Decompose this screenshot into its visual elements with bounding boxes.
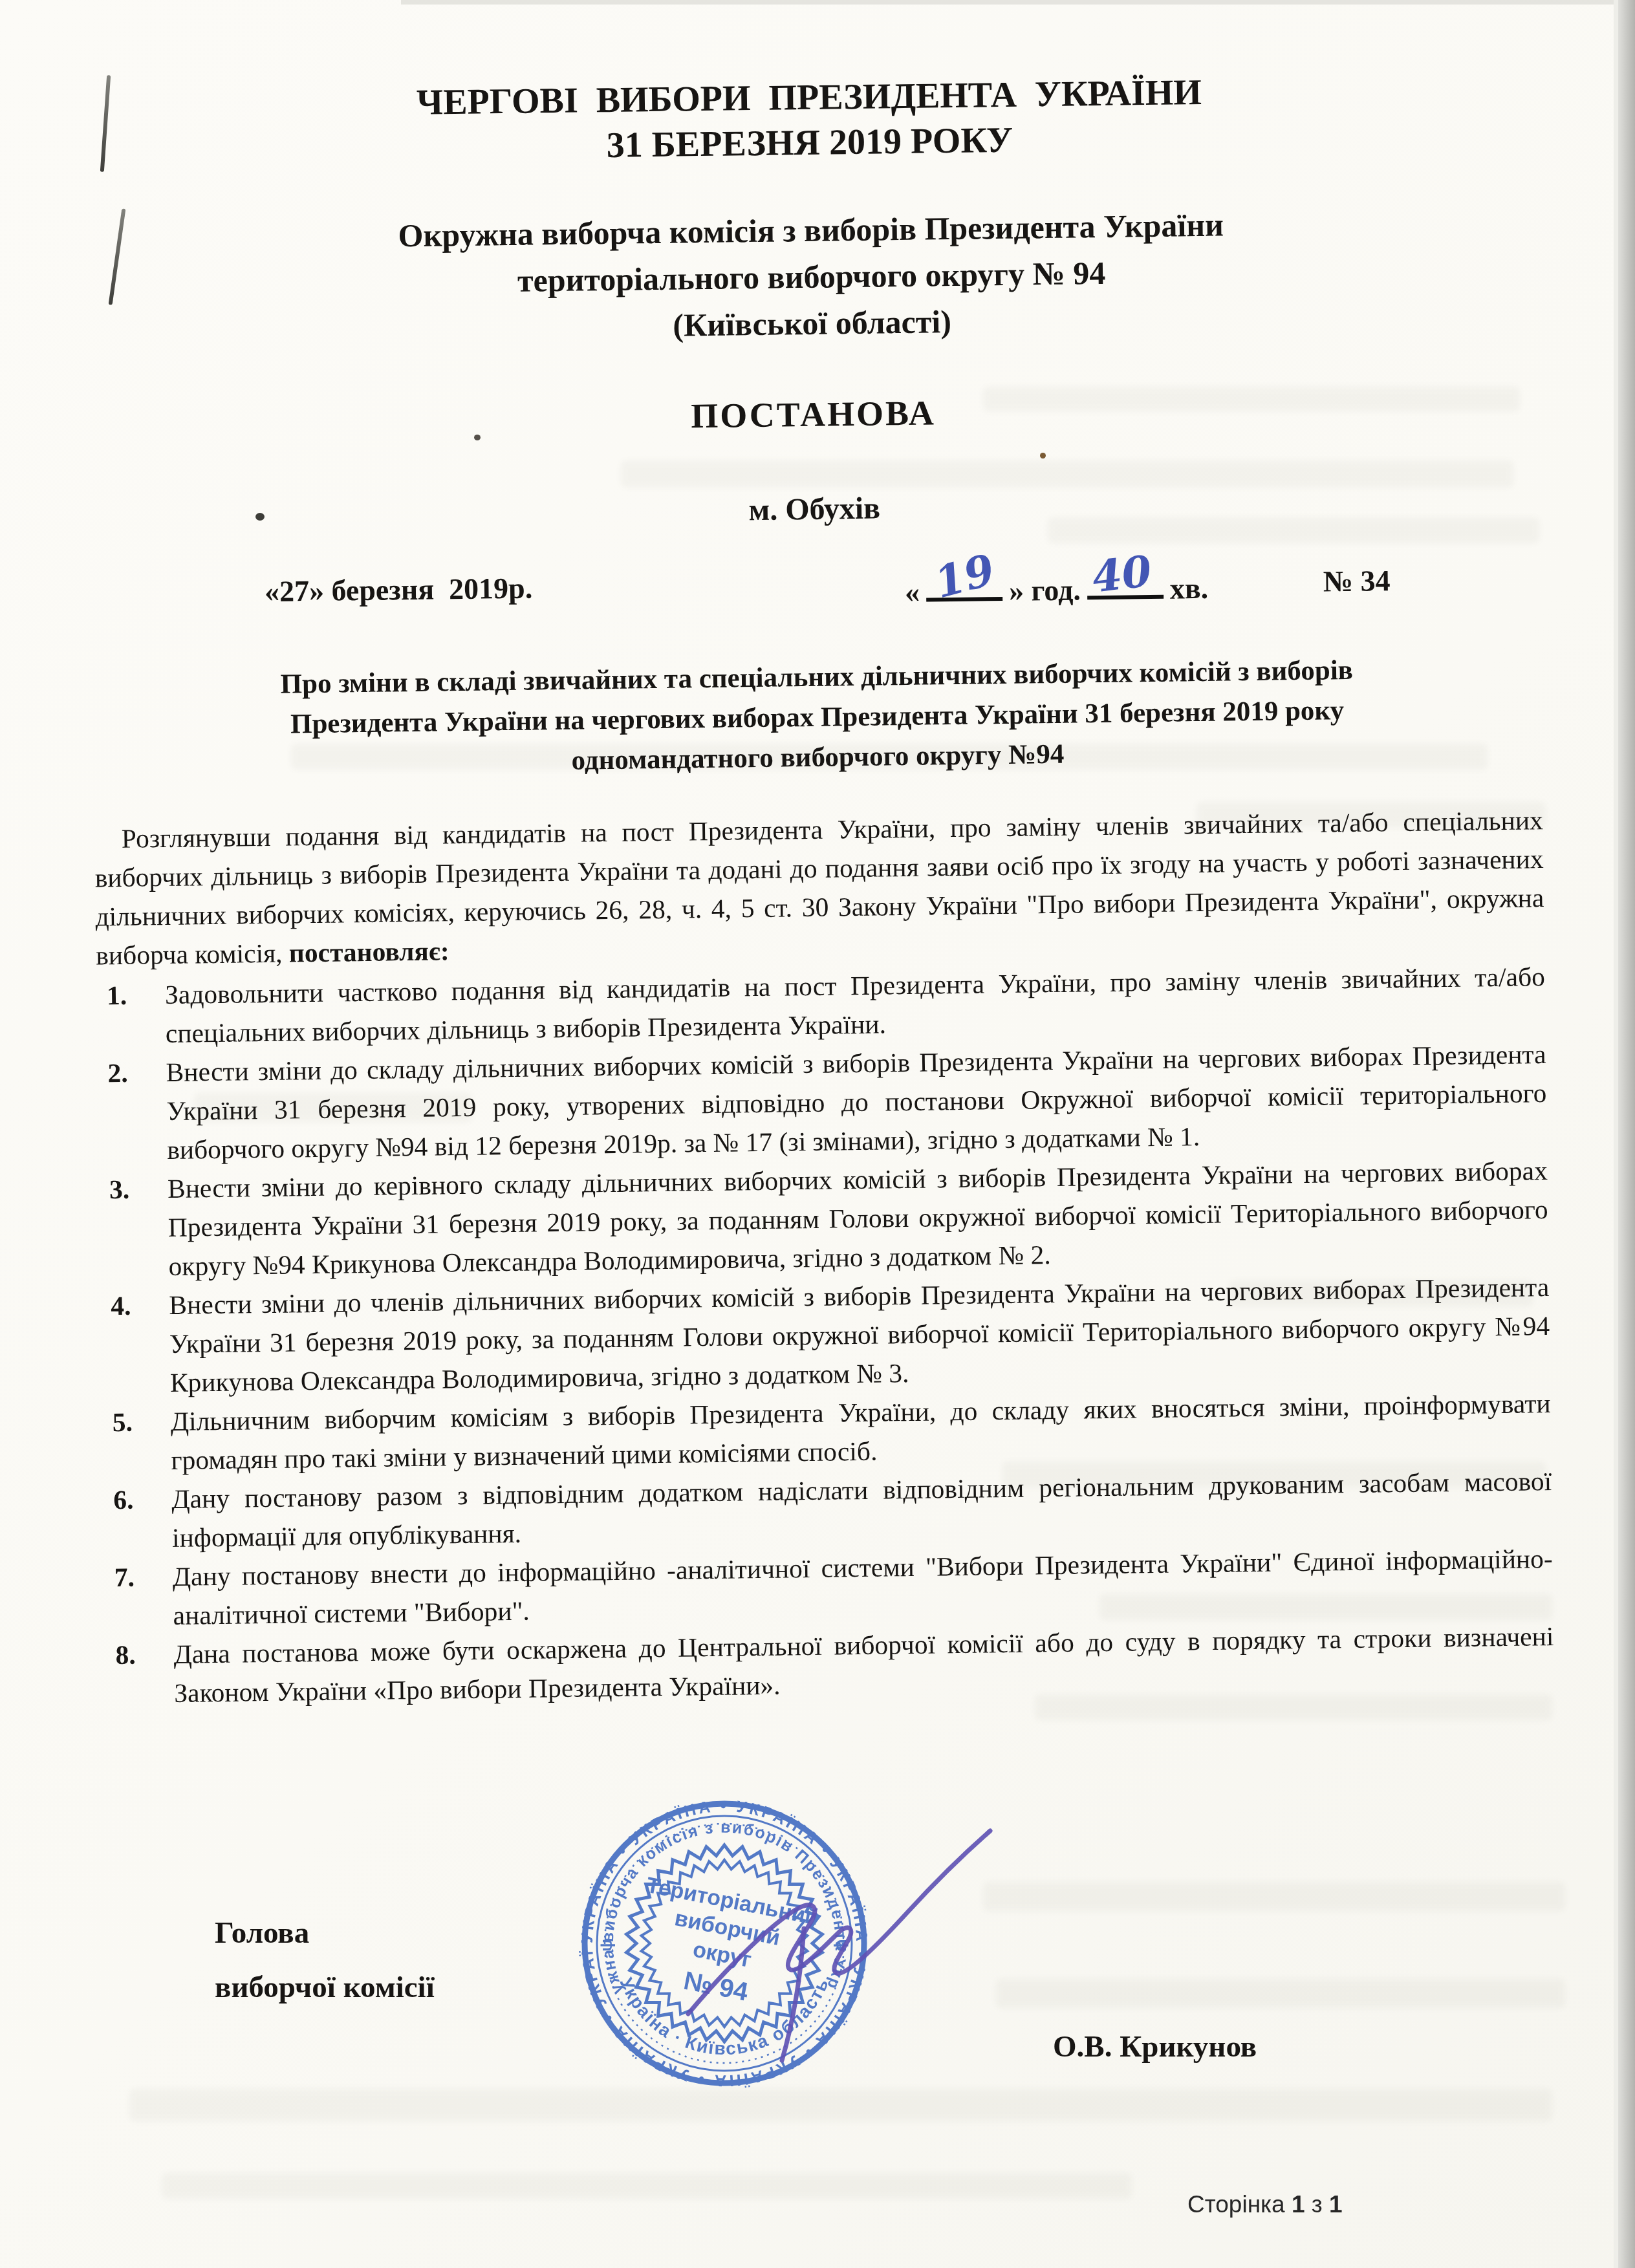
signer-title-line-1: Голова [215, 1916, 309, 1950]
bleed-through-artifact [996, 1979, 1565, 2008]
intro-paragraph: Розглянувши подання від кандидатів на по… [94, 801, 1545, 975]
scan-edge-right [1618, 0, 1635, 2268]
item-number: 2. [107, 1053, 128, 1092]
document-type: ПОСТАНОВА [89, 385, 1538, 444]
subject-block: Про зміни в складі звичайних та спеціаль… [92, 648, 1542, 787]
resolution-item: 2. Внести зміни до складу дільничних виб… [97, 1035, 1547, 1170]
minute-label: хв. [1169, 572, 1208, 605]
resolution-item: 3. Внести зміни до керівного складу діль… [99, 1151, 1549, 1286]
item-text: Дільничним виборчим комісіям з виборів П… [170, 1388, 1550, 1475]
scanned-page: ЧЕРГОВІ ВИБОРИ ПРЕЗИДЕНТА УКРАЇНИ 31 БЕР… [0, 0, 1635, 2268]
footer-page-separator: з [1312, 2191, 1323, 2218]
footer-page-label: Сторінка [1187, 2191, 1285, 2218]
bleed-through-artifact [162, 2173, 1132, 2199]
minute-blank-line: 40 [1087, 563, 1164, 600]
footer-page-total: 1 [1329, 2191, 1343, 2218]
intro-emphasis: постановляє: [289, 936, 449, 967]
handwritten-minute: 40 [1090, 549, 1154, 598]
item-number: 5. [112, 1403, 133, 1442]
item-number: 6. [113, 1480, 134, 1519]
trident-icon: ψ [596, 1939, 616, 1952]
hour-blank-line: 19 [926, 565, 1003, 602]
item-text: Внести зміни до керівного складу дільнич… [168, 1156, 1548, 1281]
signer-title-line-2: виборчої комісії [215, 1970, 435, 2005]
item-text: Дану постанову внести до інформаційно -а… [173, 1544, 1553, 1630]
item-number: 4. [111, 1286, 131, 1325]
item-text: Внести зміни до складу дільничних виборч… [166, 1039, 1546, 1165]
resolution-item: 4. Внести зміни до членів дільничних виб… [100, 1268, 1550, 1403]
document-number: № 34 [1323, 563, 1391, 598]
item-number: 1. [107, 976, 127, 1015]
signer-name: О.В. Крикунов [1053, 2029, 1257, 2064]
document-time: «19» год.40хв. [905, 562, 1209, 609]
item-number: 7. [114, 1558, 135, 1597]
open-quote: « [905, 576, 920, 609]
document-date: «27» березня 2019р. [265, 571, 533, 609]
handwritten-hour: 19 [931, 548, 999, 604]
stamp-graphic: УКРАЇНА • УКРАЇНА • УКРАЇНА • УКРАЇНА • … [550, 1778, 871, 2090]
item-text: Задовольнити частково подання від кандид… [165, 962, 1545, 1048]
date-number-row: «27» березня 2019р. «19» год.40хв. № 34 [91, 557, 1541, 649]
stamp-center-line-4: № 94 [682, 1967, 751, 2007]
document-place: м. Обухів [90, 482, 1539, 536]
page-footer: Сторінка 1 з 1 [1187, 2191, 1343, 2218]
official-stamp: УКРАЇНА • УКРАЇНА • УКРАЇНА • УКРАЇНА • … [550, 1778, 1002, 2128]
item-text: Внести зміни до членів дільничних виборч… [169, 1272, 1550, 1398]
item-text: Дану постанову разом з відповідним додат… [171, 1466, 1552, 1553]
hour-label: » год. [1009, 573, 1081, 607]
resolution-items: 1. Задовольнити частково подання від кан… [96, 957, 1555, 1713]
document-body: ЧЕРГОВІ ВИБОРИ ПРЕЗИДЕНТА УКРАЇНИ 31 БЕР… [83, 0, 1554, 1713]
footer-page-current: 1 [1292, 2191, 1305, 2218]
item-number: 8. [115, 1636, 136, 1674]
commission-name: Окружна виборча комісія з виборів Презид… [86, 197, 1537, 356]
item-number: 3. [109, 1170, 130, 1209]
item-text: Дана постанова може бути оскаржена до Це… [173, 1621, 1554, 1708]
bleed-through-artifact [983, 1882, 1565, 1911]
